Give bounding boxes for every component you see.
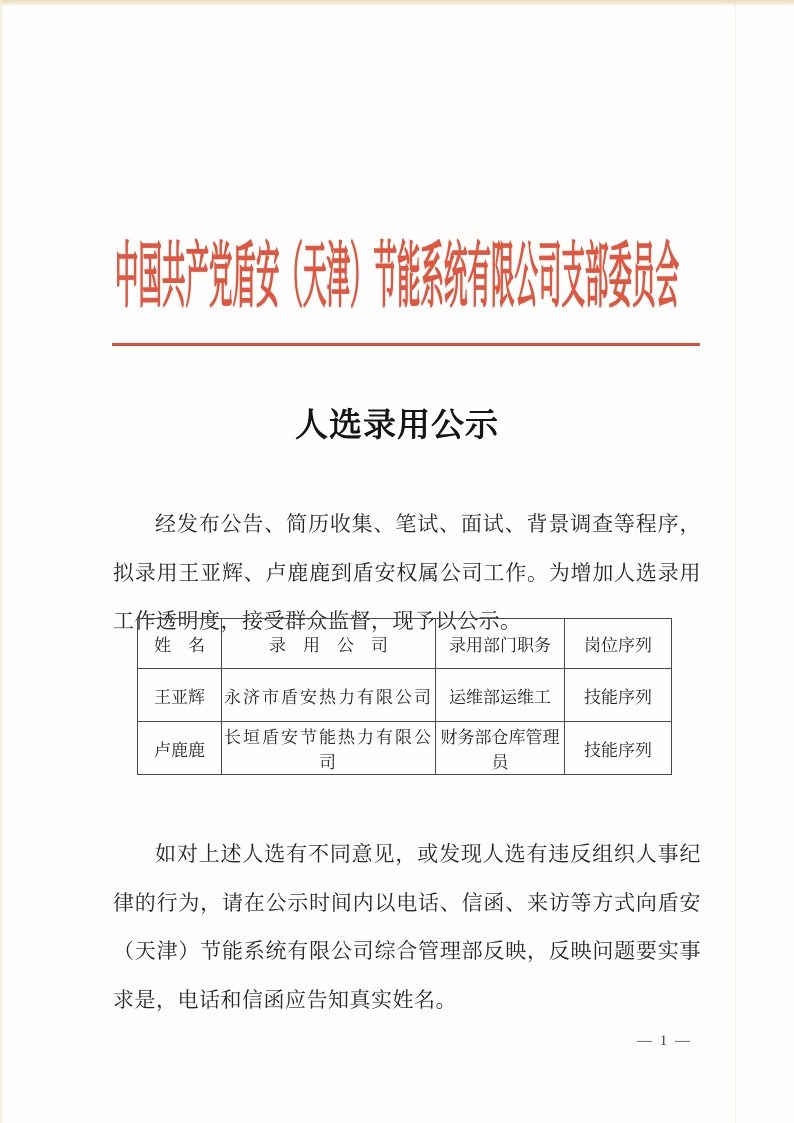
cell-sequence: 技能序列 <box>565 669 672 722</box>
scan-edge-top <box>0 0 794 5</box>
table-row: 卢鹿鹿 长垣盾安节能热力有限公司 财务部仓库管理员 技能序列 <box>138 722 672 775</box>
cell-sequence: 技能序列 <box>565 722 672 775</box>
header-cell-sequence: 岗位序列 <box>565 619 672 669</box>
red-divider <box>112 343 700 346</box>
letterhead: 中国共产党盾安（天津）节能系统有限公司支部委员会 <box>0 224 794 316</box>
doc-title: 人选录用公示 <box>0 399 794 446</box>
page-number: — 1 — <box>637 1033 692 1050</box>
header-cell-name: 姓 名 <box>138 619 222 669</box>
document-page: 中国共产党盾安（天津）节能系统有限公司支部委员会 人选录用公示 经发布公告、简历… <box>0 0 794 1123</box>
cell-name: 卢鹿鹿 <box>138 722 222 775</box>
scan-fold-line <box>735 0 736 1123</box>
cell-department: 财务部仓库管理员 <box>436 722 565 775</box>
candidates-table: 姓 名 录 用 公 司 录用部门职务 岗位序列 王亚辉 永济市盾安热力有限公司 … <box>137 618 672 775</box>
table-row: 王亚辉 永济市盾安热力有限公司 运维部运维工 技能序列 <box>138 669 672 722</box>
scan-edge-left <box>0 0 4 1123</box>
cell-company: 永济市盾安热力有限公司 <box>222 669 436 722</box>
closing-paragraph: 如对上述人选有不同意见，或发现人选有违反组织人事纪律的行为，请在公示时间内以电话… <box>113 830 701 1024</box>
cell-company: 长垣盾安节能热力有限公司 <box>222 722 436 775</box>
cell-department: 运维部运维工 <box>436 669 565 722</box>
header-cell-company: 录 用 公 司 <box>222 619 436 669</box>
cell-name: 王亚辉 <box>138 669 222 722</box>
header-cell-department: 录用部门职务 <box>436 619 565 669</box>
org-title: 中国共产党盾安（天津）节能系统有限公司支部委员会 <box>115 218 679 322</box>
table-header-row: 姓 名 录 用 公 司 录用部门职务 岗位序列 <box>138 619 672 669</box>
